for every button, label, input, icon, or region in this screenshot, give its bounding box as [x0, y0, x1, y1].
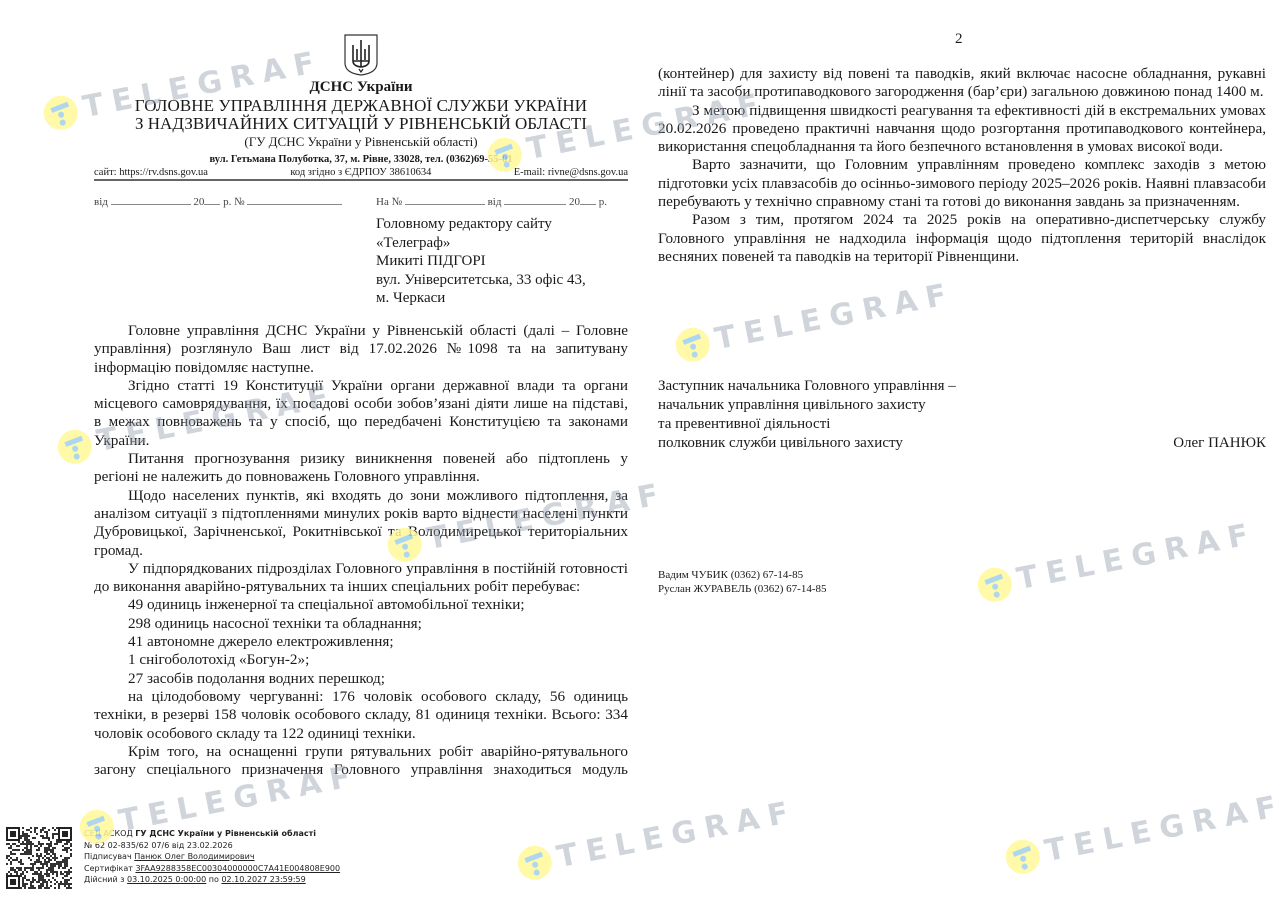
paragraph: Головне управління ДСНС України у Рівнен… — [94, 322, 628, 377]
executor-contacts: Вадим ЧУБИК (0362) 67-14-85 Руслан ЖУРАВ… — [658, 568, 827, 596]
list-item: 49 одиниць інженерної та спеціальної авт… — [94, 596, 628, 614]
paragraph: Варто зазначити, що Головним управлінням… — [658, 156, 1266, 211]
coat-of-arms-icon — [343, 33, 379, 77]
list-item: 298 одиниць насосної техніки та обладнан… — [94, 615, 628, 633]
org-address: вул. Гетьмана Полуботка, 37, м. Рівне, 3… — [94, 154, 628, 165]
org-abbreviation: (ГУ ДСНС України у Рівненській області) — [94, 134, 628, 150]
paragraph: З метою підвищення швидкості реагування … — [658, 102, 1266, 157]
list-item: 1 снігоболотохід «Богун-2»; — [94, 651, 628, 669]
paragraph: на цілодобовому чергуванні: 176 чоловік … — [94, 688, 628, 743]
org-full-name-line2: З НАДЗВИЧАЙНИХ СИТУАЦІЙ У РІВНЕНСЬКІЙ ОБ… — [94, 114, 628, 134]
incoming-reference: На № від 20 р. — [376, 194, 607, 208]
signature-block: Заступник начальника Головного управлінн… — [658, 377, 1266, 453]
paragraph: Щодо населених пунктів, які входять до з… — [94, 487, 628, 560]
list-item: 27 засобів подолання водних перешкод; — [94, 670, 628, 688]
org-contacts: сайт: https://rv.dsns.gov.ua код згідно … — [94, 167, 628, 181]
page-number: 2 — [955, 31, 963, 48]
electronic-signature-stamp: СЕД АСКОД ГУ ДСНС України у Рівненській … — [84, 828, 340, 886]
org-site: сайт: https://rv.dsns.gov.ua — [94, 167, 208, 178]
org-short-name: ДСНС України — [94, 79, 628, 96]
letter-page-1: ДСНС України ГОЛОВНЕ УПРАВЛІННЯ ДЕРЖАВНО… — [0, 0, 650, 903]
letter-body-page2: (контейнер) для захисту від повені та па… — [658, 65, 1266, 266]
paragraph: У підпорядкованих підрозділах Головного … — [94, 560, 628, 597]
paragraph: (контейнер) для захисту від повені та па… — [658, 65, 1266, 102]
org-full-name-line1: ГОЛОВНЕ УПРАВЛІННЯ ДЕРЖАВНОЇ СЛУЖБИ УКРА… — [94, 96, 628, 116]
paragraph: Питання прогнозування ризику виникнення … — [94, 450, 628, 487]
letter-page-2: 2 (контейнер) для захисту від повені та … — [650, 0, 1280, 903]
list-item: 41 автономне джерело електроживлення; — [94, 633, 628, 651]
org-email: E-mail: rivne@dsns.gov.ua — [514, 167, 628, 178]
addressee-block: Головному редактору сайту «Телеграф» Мик… — [376, 215, 586, 308]
outgoing-reference: від 20 р. № — [94, 194, 342, 208]
letter-body-page1: Головне управління ДСНС України у Рівнен… — [94, 322, 628, 779]
signer-name: Олег ПАНЮК — [1173, 434, 1266, 453]
paragraph: Разом з тим, протягом 2024 та 2025 років… — [658, 211, 1266, 266]
paragraph: Крім того, на оснащенні групи рятувальни… — [94, 743, 628, 780]
qr-code-icon — [6, 827, 72, 889]
paragraph: Згідно статті 19 Конституції України орг… — [94, 377, 628, 450]
org-edrpou: код згідно з ЄДРПОУ 38610634 — [290, 167, 431, 178]
